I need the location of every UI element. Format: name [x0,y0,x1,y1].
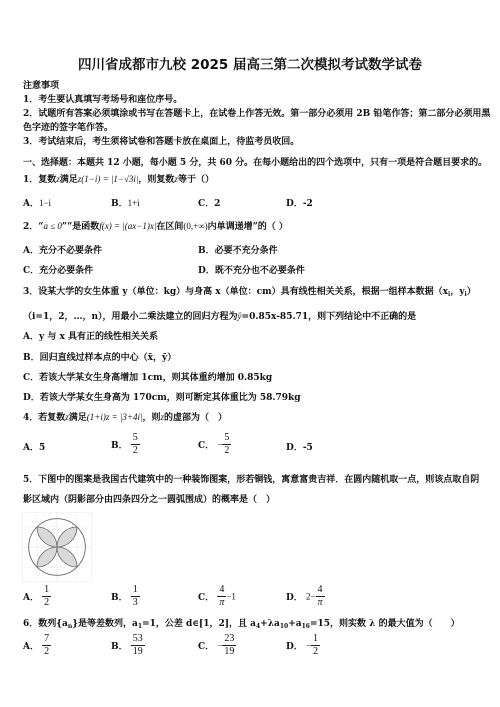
denominator: 2 [311,646,320,658]
notice-heading: 注意事项 [23,78,59,91]
option-value: 1+i [128,198,140,208]
option-label: C． [198,642,214,652]
q6-text: =15，则实数 λ 的最大值为（ ） [310,619,460,629]
option-value: -5 [303,443,313,453]
fraction: 12 [311,633,320,658]
prefix: 2− [306,592,316,602]
option-value: 充分必要条件 [39,266,93,276]
q5-option-c[interactable]: C． 4π−1 [198,584,236,609]
q6-option-d[interactable]: D． −12 [286,633,320,658]
fraction: 52 [222,432,231,457]
numerator: 5 [131,432,140,445]
fraction: 4π [217,584,226,609]
q2-function: f(x) = |(ax−1)x| [99,221,156,231]
option-label: A． [23,593,39,603]
option-label: D． [198,266,215,276]
option-label: A． [23,332,39,342]
question-4: 4．若复数z满足(1+i)z = |3+4i|，则z的虚部为（ ） [23,410,227,423]
denominator: 2 [131,445,140,457]
option-label: D． [286,593,303,603]
option-label: B． [198,246,215,256]
q6-text: +λa [260,619,280,629]
option-label: A． [23,199,39,209]
fraction: 2319 [222,633,236,658]
section-heading: 一、选择题：本题共 12 小题，每小题 5 分，共 60 分。在每小题给出的四个… [23,155,487,168]
question-2: 2．“a ≤ 0”“是函数f(x) = |(ax−1)x|在区间(0,+∞)内单… [23,219,288,232]
coin-pattern-figure [22,512,92,582]
q6-option-c[interactable]: C． −2319 [198,633,236,658]
q4-prefix: 4．若复数 [23,413,65,423]
q2-option-a[interactable]: A．充分不必要条件 [23,243,102,256]
q4-option-b[interactable]: B． 52 [111,432,140,457]
question-5-line1: 5．下图中的图案是我国古代建筑中的一种装饰图案，形若铜钱，寓意富贵吉祥．在圆内随… [23,472,479,485]
numerator: 4 [217,584,226,597]
option-value: 2 [214,199,220,209]
denominator: 19 [222,646,236,658]
option-value: 充分不必要条件 [39,246,102,256]
option-label: A． [23,642,39,652]
q1-option-d[interactable]: D．-2 [286,196,313,209]
q5-option-b[interactable]: B． 13 [111,584,140,609]
q2-mid2: 在区间 [156,222,183,232]
question-1: 1．复数z满足z(1−i) = |1−√3i|，则复数z等于（） [23,172,214,185]
q4-option-d[interactable]: D．-5 [286,440,313,453]
option-label: C． [23,373,39,383]
q2-condition: a ≤ 0 [43,221,61,231]
q4-end: 的虚部为（ ） [164,413,227,423]
page-title: 四川省成都市九校 2025 届高三第二次模拟考试数学试卷 [0,53,500,73]
notice-item-2-cont: 色字迹的签字笔作答。 [23,120,113,133]
option-label: A． [23,246,39,256]
q3-text: 3．设某大学的女生体重 y（单位：kg）与身高 x（单位：cm）具有线性相关关系… [23,287,448,297]
denominator: 2 [42,597,51,609]
q6-text: }是等差数列，a [72,619,138,629]
subscript: 10 [280,623,288,630]
q6-text: =1，公差 d∈[1，2]，且 a [142,619,256,629]
q1-equation: z(1−i) = |1−√3i| [78,174,139,184]
option-label: D． [23,393,40,403]
notice-item-1: 1．考生要认真填写考场号和座位序号。 [23,92,182,105]
suffix: −1 [226,592,236,602]
question-3-line1: 3．设某大学的女生体重 y（单位：kg）与身高 x（单位：cm）具有线性相关关系… [23,284,476,298]
option-value: y 与 x 具有正的线性相关关系 [39,332,158,342]
option-label: D． [286,642,303,652]
q4-option-c[interactable]: C． −52 [198,432,231,457]
option-value: 若该大学某女生身高为 170cm，则可断定其体重比为 58.79kg [40,393,301,403]
q5-option-a[interactable]: A． 12 [23,584,51,609]
denominator: 2 [42,646,51,658]
option-label: B． [111,441,128,451]
option-label: B． [111,593,128,603]
option-label: D． [286,443,303,453]
option-label: D． [286,199,303,209]
numerator: 23 [222,633,236,646]
denominator: 2 [222,445,231,457]
q2-option-c[interactable]: C．充分必要条件 [23,263,93,276]
denominator: π [217,597,226,609]
option-value: 1−i [39,198,51,208]
subscript: 16 [302,623,310,630]
q5-option-d[interactable]: D． 2−4π [286,584,325,609]
numerator: 53 [131,633,145,646]
q4-suffix: ，则 [142,413,160,423]
option-label: C． [198,441,214,451]
q3-text: （i=1，2，…，n），用最小二乘法建立的回归方程为 [23,312,238,322]
option-value: -2 [303,199,313,209]
q1-suffix: ，则复数 [138,175,174,185]
option-label: B． [23,353,40,363]
q1-end: 等于（） [178,175,214,185]
option-label: B． [111,642,128,652]
q6-text: +a [288,619,301,629]
question-6: 6．数列{an}是等差数列，a1=1，公差 d∈[1，2]，且 a4+λa10+… [23,616,460,630]
numerator: 1 [42,584,51,597]
q1-option-a[interactable]: A．1−i [23,196,51,209]
q1-mid: 满足 [60,175,78,185]
notice-item-3: 3．考试结束后，考生须将试卷和答题卡放在桌面上，待监考员收回。 [23,134,299,147]
q1-option-c[interactable]: C．2 [198,196,220,209]
option-value: 若该大学某女生身高增加 1cm，则其体重约增加 0.85kg [39,373,272,383]
fraction: 5319 [131,633,145,658]
numerator: 7 [42,633,51,646]
option-value: 必要不充分条件 [215,246,278,256]
q3-option-b[interactable]: B．回归直线过样本点的中心（x̄，ȳ） [23,350,176,363]
denominator: 3 [131,597,140,609]
q4-option-a[interactable]: A．5 [23,440,45,453]
numerator: 4 [316,584,325,597]
q2-option-d[interactable]: D．既不充分也不必要条件 [198,263,305,276]
q2-mid: ”“是函数 [62,222,99,232]
numerator: 5 [222,432,231,445]
q3-option-a[interactable]: A．y 与 x 具有正的线性相关关系 [23,329,158,342]
q2-option-b[interactable]: B．必要不充分条件 [198,243,278,256]
q2-interval: (0,+∞) [183,221,207,231]
numerator: 1 [131,584,140,597]
denominator: 19 [131,646,145,658]
denominator: π [316,597,325,609]
option-label: C． [198,593,214,603]
option-label: C． [23,266,39,276]
q3-text: ，y [450,287,464,297]
q3-option-c[interactable]: C．若该大学某女生身高增加 1cm，则其体重约增加 0.85kg [23,370,272,383]
question-3-line2: （i=1，2，…，n），用最小二乘法建立的回归方程为ŷ=0.85x-85.71，… [23,309,416,322]
q3-equation: =0.85x-85.71，则下列结论中不正确的是 [242,312,417,322]
q6-text: 6．数列{a [23,619,68,629]
q1-option-b[interactable]: B．1+i [111,196,140,209]
q3-option-d[interactable]: D．若该大学某女生身高为 170cm，则可断定其体重比为 58.79kg [23,390,301,403]
option-label: A． [23,443,39,453]
q3-text: ） [467,287,476,297]
q2-prefix: 2．“ [23,222,43,232]
q1-prefix: 1．复数 [23,175,56,185]
notice-item-2: 2．试题所有答案必须填涂或书写在答题卡上，在试卷上作答无效。第一部分必须用 2B… [23,106,490,119]
fraction: 52 [131,432,140,457]
q2-end: 内单调递增”的（ ） [208,222,288,232]
fraction: 13 [131,584,140,609]
fraction: 12 [42,584,51,609]
option-label: C． [198,199,214,209]
q6-option-b[interactable]: B． 5319 [111,633,145,658]
fraction: 72 [42,633,51,658]
option-value: 5 [39,443,45,453]
option-value: 既不充分也不必要条件 [215,266,305,276]
q4-mid: 满足 [69,413,87,423]
numerator: 1 [311,633,320,646]
q4-equation: (1+i)z = |3+4i| [87,412,143,422]
q6-option-a[interactable]: A． 72 [23,633,51,658]
option-value: 回归直线过样本点的中心（x̄，ȳ） [40,353,177,363]
option-label: B． [111,199,128,209]
fraction: 4π [316,584,325,609]
question-5-line2: 影区域内（阴影部分由四条四分之一圆弧围成）的概率是（ ） [23,492,275,505]
